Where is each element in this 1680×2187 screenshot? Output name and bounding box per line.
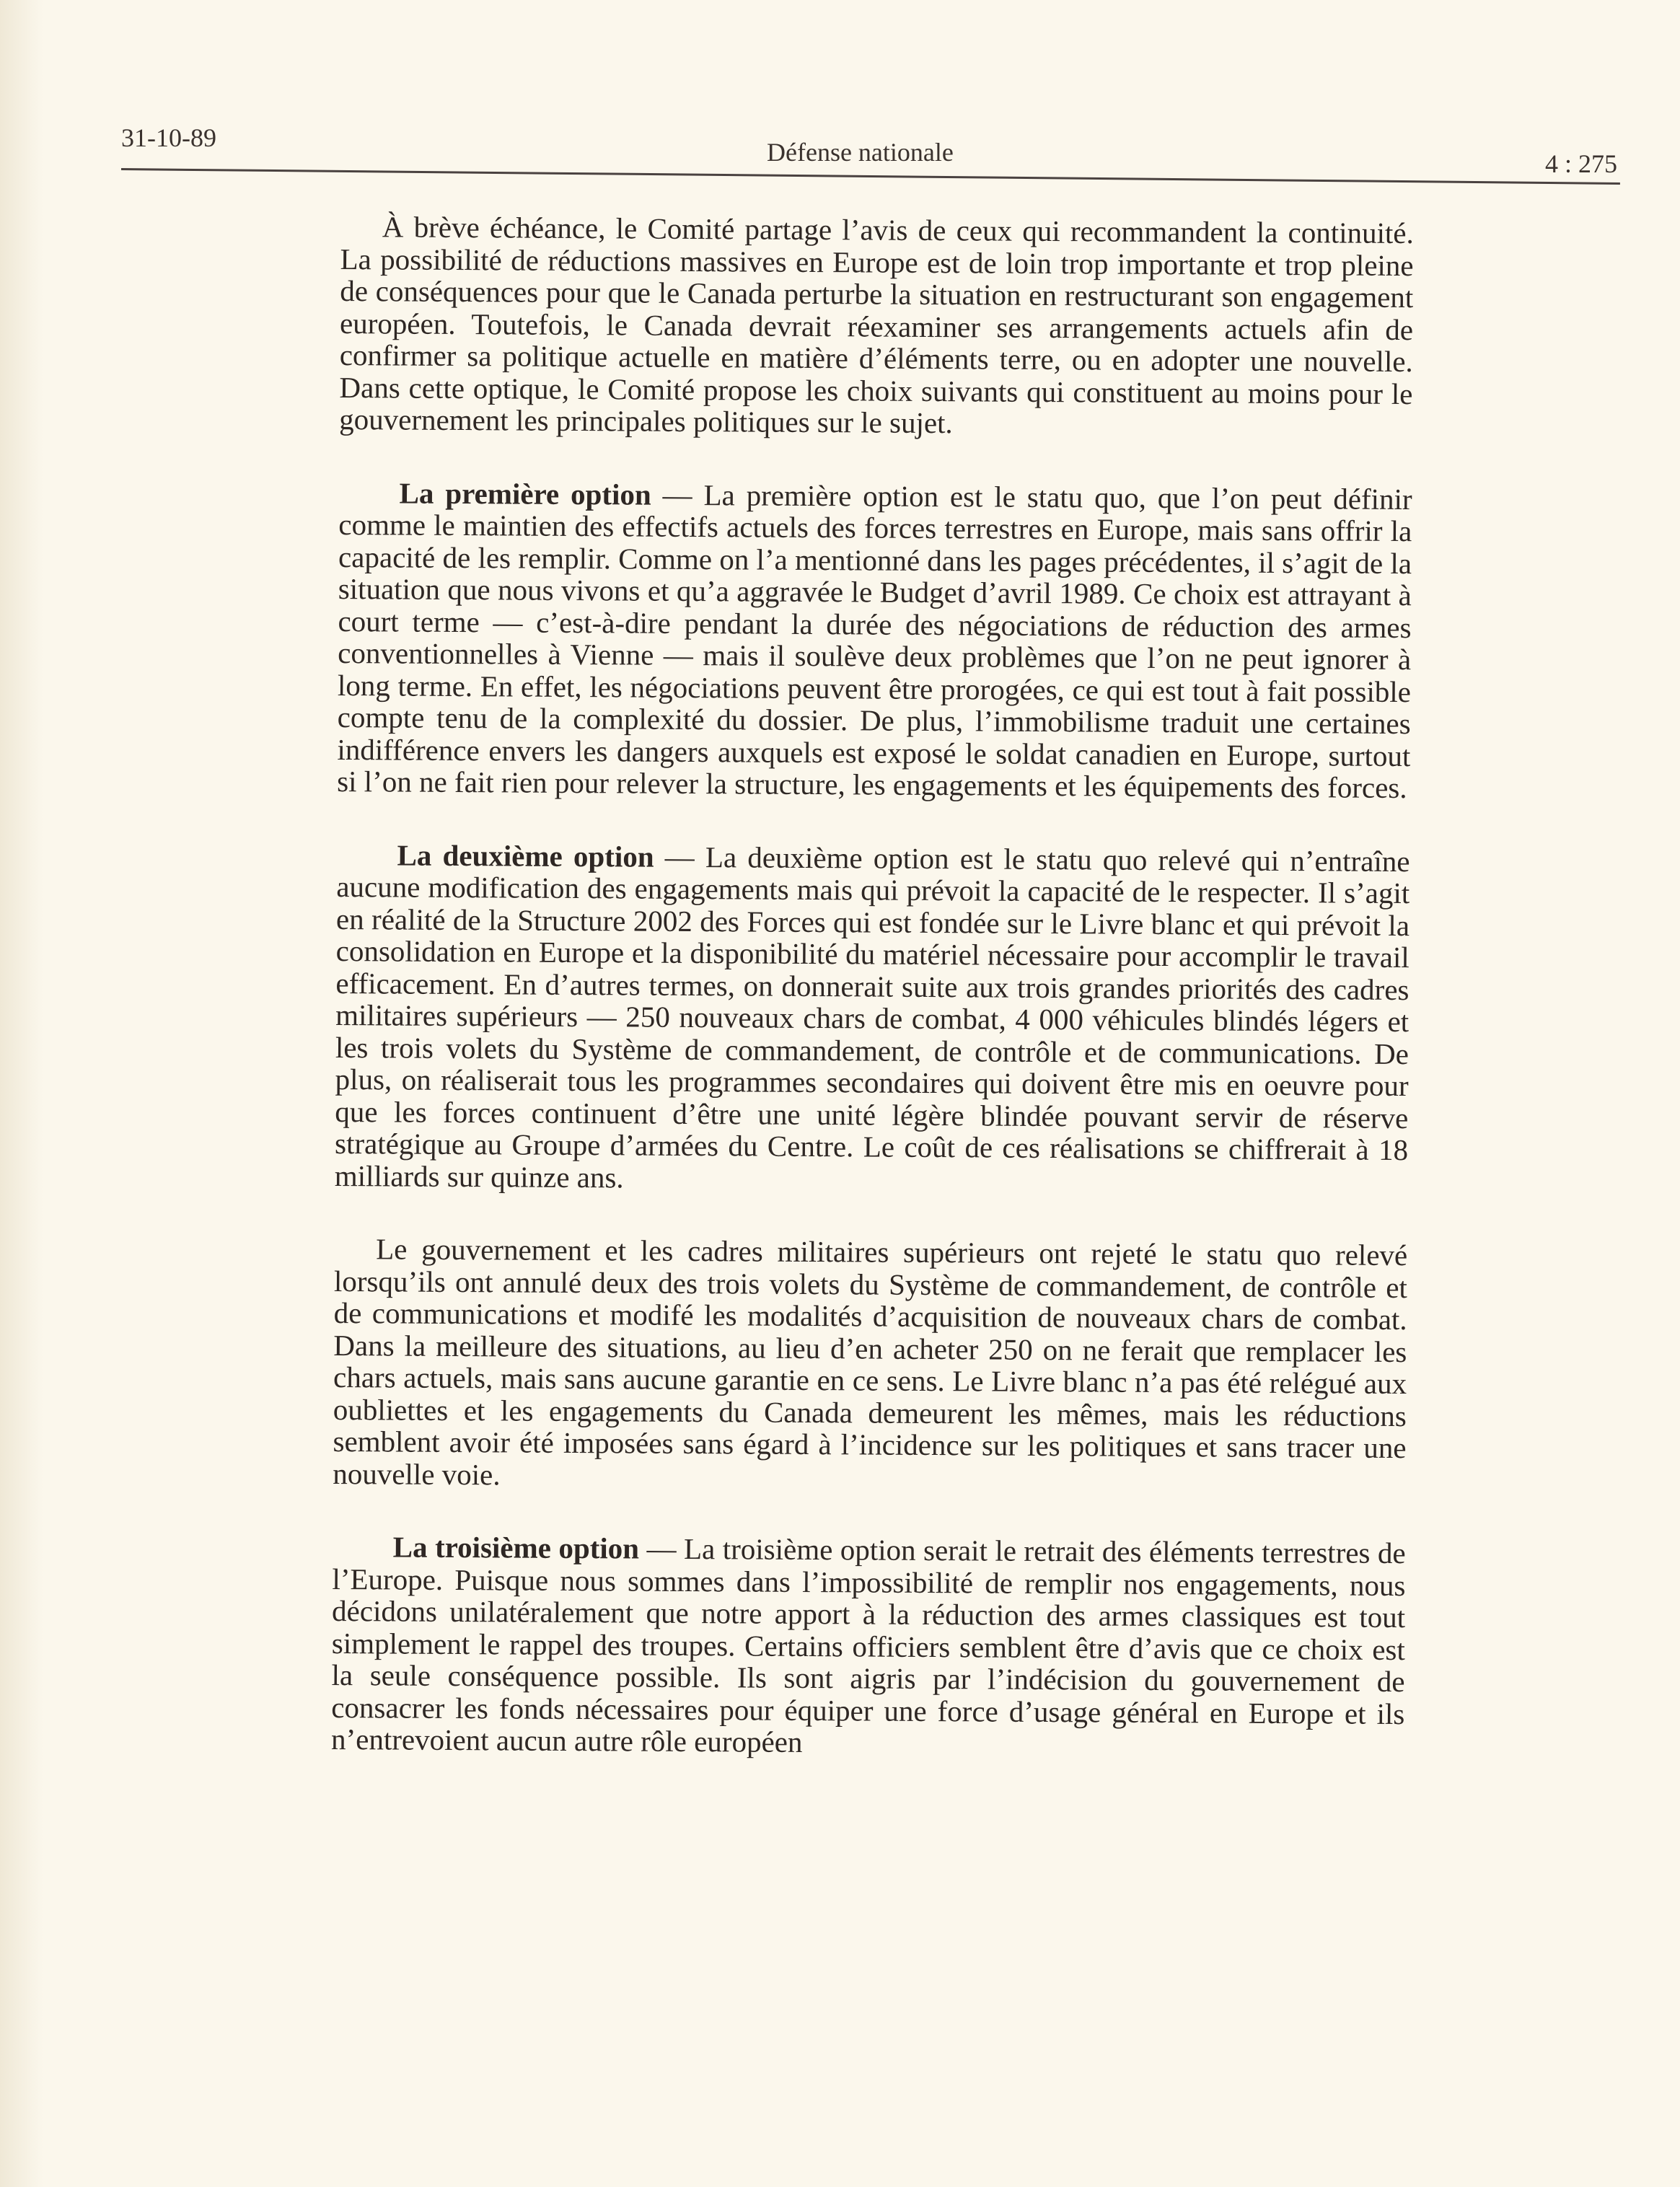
option-heading: La deuxième option <box>397 838 654 873</box>
paragraph-text: La deuxième option est le statu quo rele… <box>335 840 1410 1194</box>
paragraph-text: La troisième option serait le retrait de… <box>331 1532 1406 1759</box>
option-dash: — <box>654 840 705 873</box>
paragraph-option-3: La troisième option — La troisième optio… <box>331 1531 1406 1762</box>
option-dash: — <box>639 1532 684 1565</box>
header-title: Défense nationale <box>767 137 954 167</box>
paragraph-rejection: Le gouvernement et les cadres militaires… <box>333 1233 1407 1496</box>
option-heading: La première option <box>399 476 651 511</box>
header-date: 31-10-89 <box>121 123 216 153</box>
paragraph-option-2: La deuxième option — La deuxième option … <box>335 838 1410 1198</box>
option-dash: — <box>651 478 704 511</box>
document-body: À brève échéance, le Comité partage l’av… <box>331 211 1414 1803</box>
paragraph-text: Le gouvernement et les cadres militaires… <box>333 1232 1407 1491</box>
page-edge-shadow <box>0 0 43 2187</box>
header-page-number: 4 : 275 <box>1545 149 1617 179</box>
paragraph-option-1: La première option — La première option … <box>337 476 1412 804</box>
paragraph-intro: À brève échéance, le Comité partage l’av… <box>339 211 1414 442</box>
option-heading: La troisième option <box>393 1530 640 1565</box>
paragraph-text: À brève échéance, le Comité partage l’av… <box>339 210 1414 439</box>
paragraph-text: La première option est le statu quo, que… <box>337 478 1412 804</box>
